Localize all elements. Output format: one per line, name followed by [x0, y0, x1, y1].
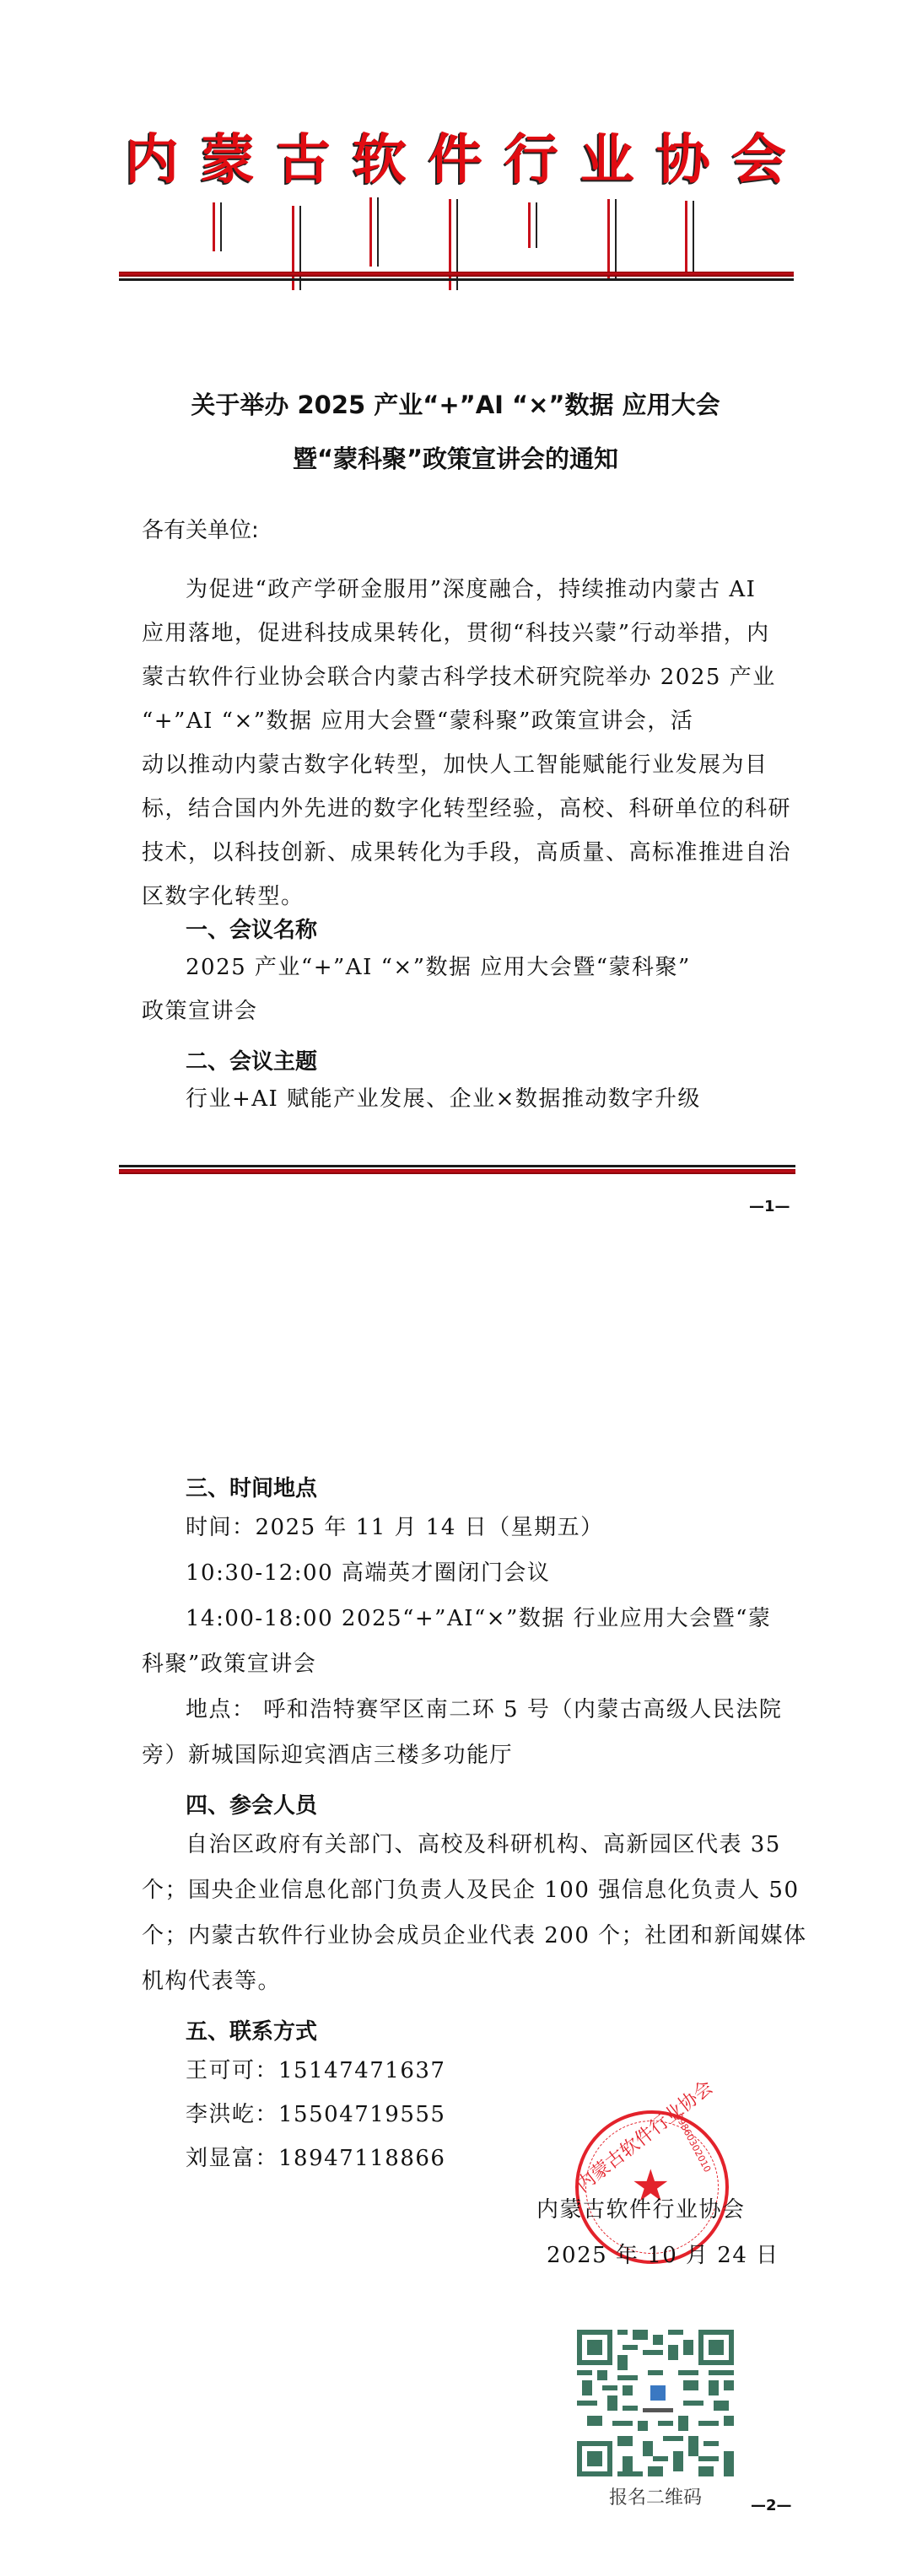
section-line: 行业+AI 赋能产业发展、企业×数据推动数字升级 — [186, 1088, 701, 1110]
section-line: 时间：2025 年 11 月 14 日（星期五） — [186, 1517, 604, 1539]
contact-phone: 18947118866 — [278, 2146, 445, 2171]
intro-line: 蒙古软件行业协会联合内蒙古科学技术研究院举办 2025 产业 — [142, 666, 776, 688]
contact-row: 刘显富：18947118866 — [186, 2148, 445, 2169]
intro-line: 区数字化转型。 — [142, 886, 305, 908]
intro-line: 应用落地，促进科技成果转化，贯彻“科技兴蒙”行动举措，内 — [142, 622, 770, 644]
mongolian-word-3 — [369, 197, 379, 267]
section-line: 10:30-12:00 高端英才圈闭门会议 — [186, 1562, 550, 1584]
contact-name: 刘显富： — [186, 2146, 278, 2171]
qr-code-label: 报名二维码 — [609, 2483, 702, 2509]
official-seal: 内蒙古软件行业协会 89860302010 ★ — [575, 2110, 729, 2264]
letterhead-org-name: 内蒙古软件行业协会 — [0, 127, 911, 194]
section-line: 地点： 呼和浩特赛罕区南二环 5 号（内蒙古高级人民法院 — [186, 1699, 782, 1721]
intro-line: “+”AI “×”数据 应用大会暨“蒙科聚”政策宣讲会，活 — [142, 710, 693, 732]
contact-row: 李洪屹：15504719555 — [186, 2104, 445, 2126]
contact-phone: 15504719555 — [278, 2102, 445, 2127]
document-title-line-2: 暨“蒙科聚”政策宣讲会的通知 — [0, 440, 911, 475]
page-number-1: —1— — [749, 1198, 790, 1215]
mongolian-word-7 — [685, 201, 694, 277]
section-line: 政策宣讲会 — [142, 1000, 258, 1022]
footer-rule-red — [119, 1169, 795, 1174]
qr-code-icon — [577, 2330, 734, 2476]
mongolian-word-2 — [292, 206, 301, 290]
page-number-2: —2— — [751, 2497, 792, 2514]
footer-rule-black — [119, 1165, 795, 1167]
section-line: 14:00-18:00 2025“+”AI“×”数据 行业应用大会暨“蒙 — [186, 1608, 771, 1630]
contact-phone: 15147471637 — [278, 2058, 445, 2083]
section-line: 旁）新城国际迎宾酒店三楼多功能厅 — [142, 1744, 513, 1766]
registration-qr-code[interactable] — [577, 2330, 734, 2476]
salutation: 各有关单位: — [142, 513, 259, 544]
intro-line: 标，结合国内外先进的数字化转型经验，高校、科研单位的科研 — [142, 798, 791, 820]
document-title-line-1: 关于举办 2025 产业“+”AI “×”数据 应用大会 — [0, 386, 911, 421]
intro-line: 技术，以科技创新、成果转化为手段，高质量、高标准推进自治 — [142, 842, 791, 864]
section-heading-meeting-theme: 二、会议主题 — [186, 1044, 317, 1075]
section-heading-meeting-name: 一、会议名称 — [186, 913, 317, 944]
section-line: 个；国央企业信息化部门负责人及民企 100 强信息化负责人 50 — [142, 1879, 800, 1901]
section-line: 个；内蒙古软件行业协会成员企业代表 200 个；社团和新闻媒体 — [142, 1925, 807, 1947]
section-line: 机构代表等。 — [142, 1970, 281, 1992]
section-line: 自治区政府有关部门、高校及科研机构、高新园区代表 35 — [186, 1834, 781, 1856]
intro-line: 为促进“政产学研金服用”深度融合，持续推动内蒙古 AI — [186, 579, 756, 601]
section-line: 科聚”政策宣讲会 — [142, 1653, 316, 1675]
letterhead-mongolian-script — [0, 196, 911, 322]
section-heading-attendees: 四、参会人员 — [186, 1788, 317, 1819]
section-heading-contacts: 五、联系方式 — [186, 2014, 317, 2045]
signature-org: 内蒙古软件行业协会 — [536, 2199, 746, 2221]
mongolian-word-1 — [213, 202, 222, 251]
contact-row: 王可可：15147471637 — [186, 2060, 445, 2082]
section-heading-time-place: 三、时间地点 — [186, 1471, 317, 1502]
header-rule-black — [119, 278, 794, 281]
contact-name: 王可可： — [186, 2058, 278, 2083]
mongolian-word-5 — [528, 202, 537, 248]
signature-date: 2025 年 10 月 24 日 — [547, 2245, 779, 2266]
section-line: 2025 产业“+”AI “×”数据 应用大会暨“蒙科聚” — [186, 957, 691, 978]
mongolian-word-6 — [607, 199, 617, 278]
contact-name: 李洪屹： — [186, 2102, 278, 2127]
intro-line: 动以推动内蒙古数字化转型，加快人工智能赋能行业发展为目 — [142, 754, 768, 776]
header-rule-red — [119, 272, 794, 277]
